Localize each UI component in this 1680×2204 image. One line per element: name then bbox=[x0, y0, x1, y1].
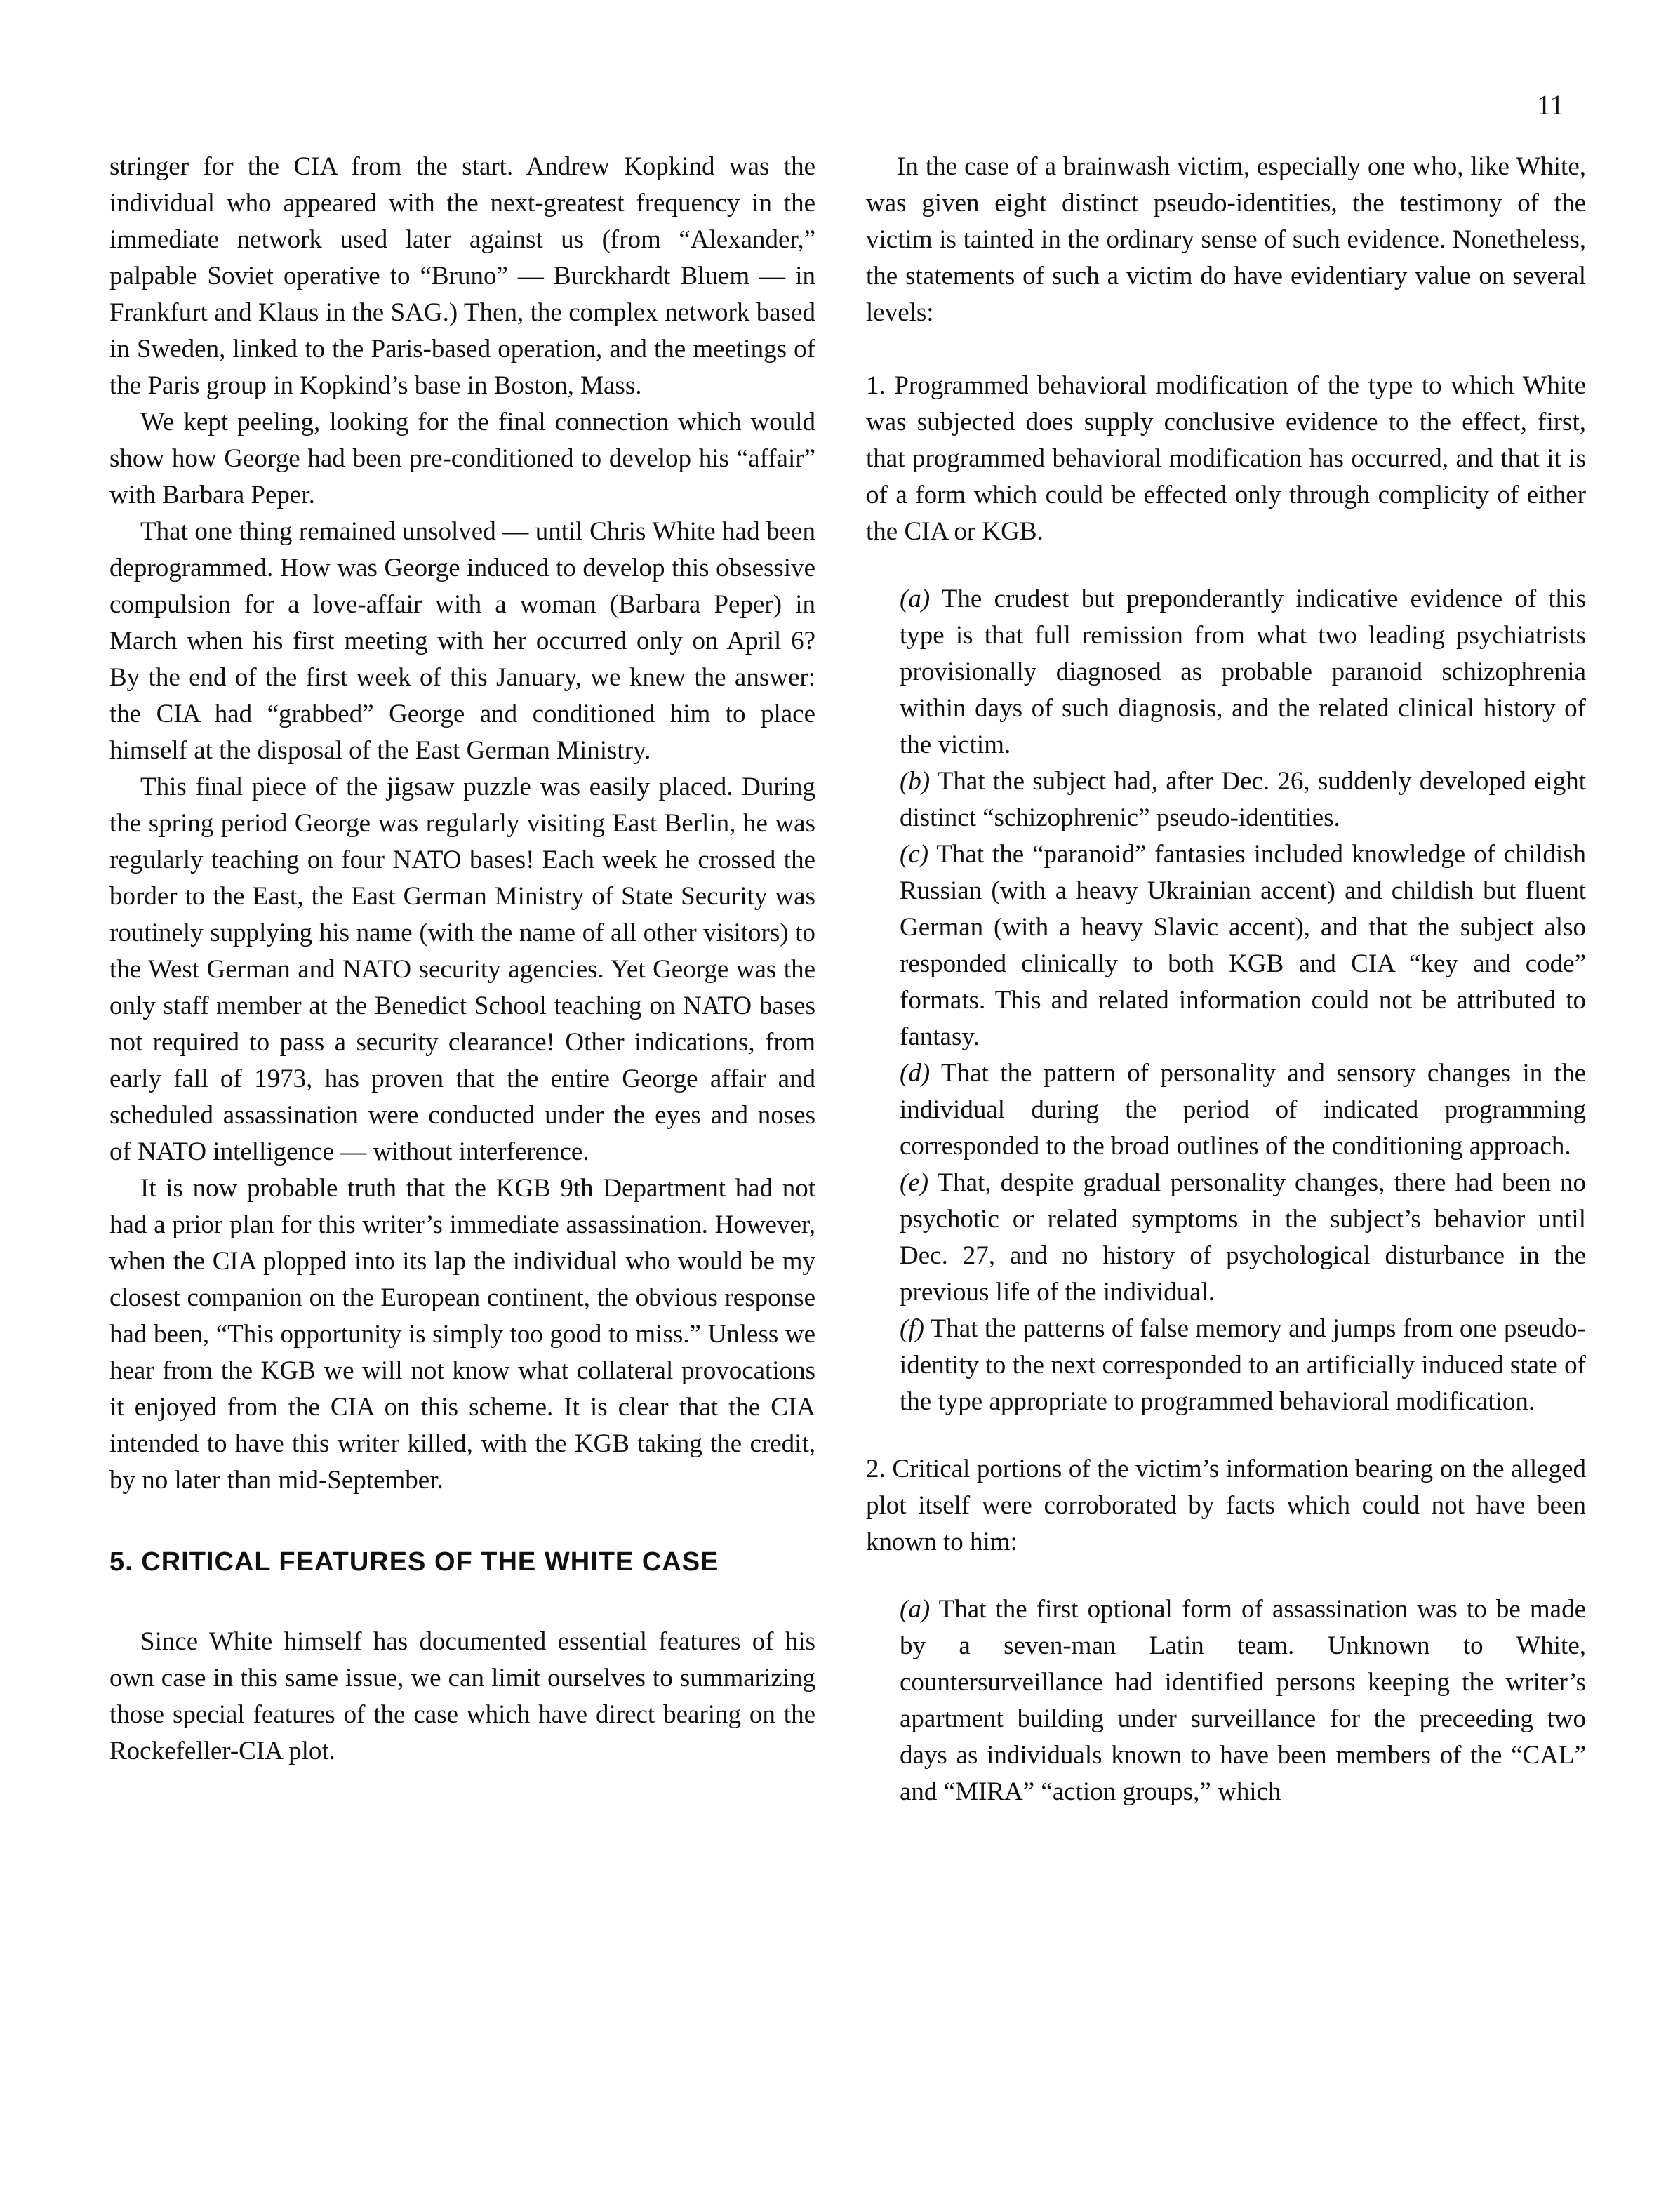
sub-item-label: (d) bbox=[900, 1059, 930, 1088]
sub-item-label: (e) bbox=[900, 1168, 928, 1197]
sub-item-text: That the patterns of false memory and ju… bbox=[900, 1314, 1586, 1416]
paragraph: stringer for the CIA from the start. And… bbox=[109, 149, 815, 404]
sub-item-1c: (c) That the “paranoid” fantasies includ… bbox=[900, 836, 1586, 1055]
numbered-point-1: 1. Programmed behavioral modification of… bbox=[866, 368, 1586, 550]
sub-item-label: (a) bbox=[900, 1595, 930, 1624]
left-column: stringer for the CIA from the start. And… bbox=[109, 149, 815, 1770]
sub-item-1f: (f) That the patterns of false memory an… bbox=[900, 1311, 1586, 1420]
sub-item-label: (f) bbox=[900, 1314, 924, 1343]
numbered-point-2: 2. Critical portions of the victim’s inf… bbox=[866, 1451, 1586, 1561]
intro-paragraph: In the case of a brainwash victim, espec… bbox=[866, 149, 1586, 331]
paragraph: That one thing remained unsolved — until… bbox=[109, 514, 815, 769]
section-paragraph: Since White himself has documented essen… bbox=[109, 1624, 815, 1770]
sub-item-text: That the pattern of personality and sens… bbox=[900, 1059, 1586, 1161]
sub-item-text: That, despite gradual personality change… bbox=[900, 1168, 1586, 1307]
sub-item-text: The crudest but preponderantly indicativ… bbox=[900, 585, 1586, 759]
paragraph: This final piece of the jigsaw puzzle wa… bbox=[109, 769, 815, 1170]
sub-item-label: (c) bbox=[900, 840, 928, 869]
sub-item-label: (b) bbox=[900, 767, 930, 796]
sub-item-1a: (a) The crudest but preponderantly indic… bbox=[900, 581, 1586, 763]
sub-item-label: (a) bbox=[900, 585, 930, 613]
sub-item-text: That the “paranoid” fantasies included k… bbox=[900, 840, 1586, 1051]
sub-item-1d: (d) That the pattern of personality and … bbox=[900, 1055, 1586, 1165]
sub-item-text: That the first optional form of assassin… bbox=[900, 1595, 1586, 1806]
sub-item-1b: (b) That the subject had, after Dec. 26,… bbox=[900, 763, 1586, 836]
paragraph: It is now probable truth that the KGB 9t… bbox=[109, 1170, 815, 1499]
section-heading: 5. CRITICAL FEATURES OF THE WHITE CASE bbox=[109, 1545, 815, 1579]
page-number: 11 bbox=[1537, 88, 1564, 122]
paragraph: We kept peeling, looking for the final c… bbox=[109, 404, 815, 514]
sub-item-1e: (e) That, despite gradual personality ch… bbox=[900, 1165, 1586, 1311]
sub-item-text: That the subject had, after Dec. 26, sud… bbox=[900, 767, 1586, 832]
right-column: In the case of a brainwash victim, espec… bbox=[866, 149, 1586, 1810]
sub-item-2a: (a) That the first optional form of assa… bbox=[900, 1591, 1586, 1810]
